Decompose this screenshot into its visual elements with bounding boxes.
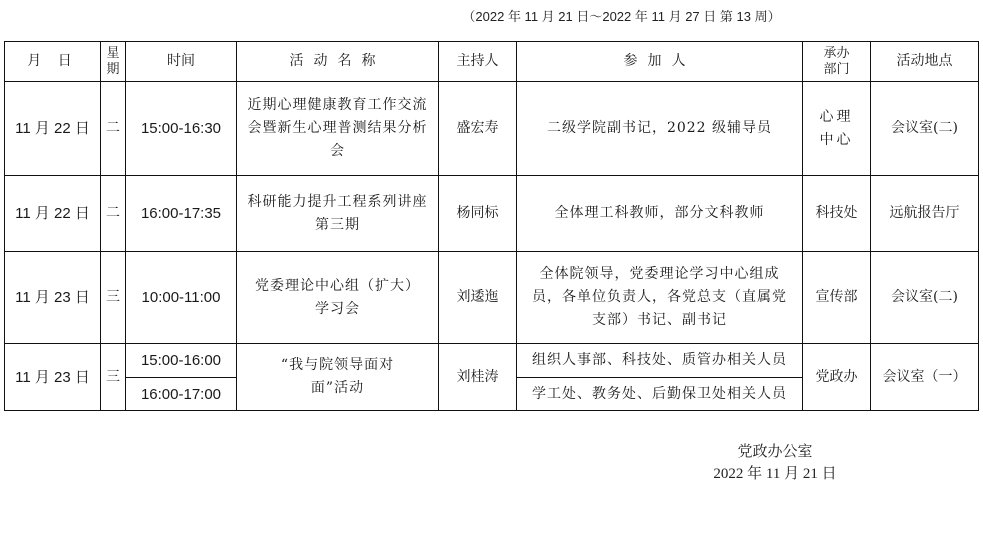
schedule-table: 月 日 星期 时间 活动名称 主持人 参加人 承办部门 活动地点 11 月 22… <box>4 41 979 411</box>
header-row: 月 日 星期 时间 活动名称 主持人 参加人 承办部门 活动地点 <box>5 42 979 82</box>
col-header-activity: 活动名称 <box>237 42 439 82</box>
cell-participants: 全体院领导，党委理论学习中心组成员，各单位负责人，各党总支（直属党支部）书记、副… <box>517 252 803 344</box>
cell-location: 会议室(二) <box>871 82 979 176</box>
cell-participants-group-2: 学工处、教务处、后勤保卫处相关人员 <box>517 378 803 411</box>
col-header-organizer: 承办部门 <box>803 42 871 82</box>
cell-activity: 科研能力提升工程系列讲座第三期 <box>237 176 439 252</box>
cell-time-slot-2: 16:00-17:00 <box>126 378 237 411</box>
col-header-time: 时间 <box>126 42 237 82</box>
cell-date: 11 月 22 日 <box>5 176 101 252</box>
col-header-participants: 参加人 <box>517 42 803 82</box>
cell-date: 11 月 23 日 <box>5 252 101 344</box>
cell-host: 杨同标 <box>439 176 517 252</box>
issuer-signature: 党政办公室 <box>650 440 900 461</box>
cell-date: 11 月 23 日 <box>5 344 101 411</box>
cell-weekday: 三 <box>101 344 126 411</box>
issue-date: 2022 年 11 月 21 日 <box>650 462 900 483</box>
col-header-weekday: 星期 <box>101 42 126 82</box>
cell-participants: 全体理工科教师，部分文科教师 <box>517 176 803 252</box>
cell-host: 刘桂涛 <box>439 344 517 411</box>
cell-weekday: 二 <box>101 82 126 176</box>
table-row: 11 月 23 日 三 15:00-16:00 “我与院领导面对面”活动 刘桂涛… <box>5 344 979 378</box>
col-header-date: 月 日 <box>5 42 101 82</box>
cell-organizer: 宣传部 <box>803 252 871 344</box>
cell-activity: 近期心理健康教育工作交流会暨新生心理普测结果分析会 <box>237 82 439 176</box>
cell-activity: 党委理论中心组（扩大）学习会 <box>237 252 439 344</box>
col-header-location: 活动地点 <box>871 42 979 82</box>
cell-location: 远航报告厅 <box>871 176 979 252</box>
cell-weekday: 三 <box>101 252 126 344</box>
cell-activity: “我与院领导面对面”活动 <box>237 344 439 411</box>
cell-time: 10:00-11:00 <box>126 252 237 344</box>
cell-location: 会议室(二) <box>871 252 979 344</box>
cell-location: 会议室（一） <box>871 344 979 411</box>
cell-organizer: 科技处 <box>803 176 871 252</box>
cell-weekday: 二 <box>101 176 126 252</box>
cell-organizer: 心理中心 <box>803 82 871 176</box>
table-row: 11 月 22 日 二 15:00-16:30 近期心理健康教育工作交流会暨新生… <box>5 82 979 176</box>
cell-host: 盛宏寿 <box>439 82 517 176</box>
cell-time: 15:00-16:30 <box>126 82 237 176</box>
cell-host: 刘逶迤 <box>439 252 517 344</box>
week-range-subtitle: （2022 年 11 月 21 日～2022 年 11 月 27 日 第 13 … <box>0 6 983 25</box>
week-range-text: （2022 年 11 月 21 日～2022 年 11 月 27 日 第 13 … <box>462 9 780 24</box>
cell-participants: 二级学院副书记，2022 级辅导员 <box>517 82 803 176</box>
cell-date: 11 月 22 日 <box>5 82 101 176</box>
col-header-host: 主持人 <box>439 42 517 82</box>
cell-participants-group-1: 组织人事部、科技处、质管办相关人员 <box>517 344 803 378</box>
table-row: 11 月 23 日 三 10:00-11:00 党委理论中心组（扩大）学习会 刘… <box>5 252 979 344</box>
cell-organizer: 党政办 <box>803 344 871 411</box>
cell-time: 16:00-17:35 <box>126 176 237 252</box>
table-row: 11 月 22 日 二 16:00-17:35 科研能力提升工程系列讲座第三期 … <box>5 176 979 252</box>
cell-time-slot-1: 15:00-16:00 <box>126 344 237 378</box>
